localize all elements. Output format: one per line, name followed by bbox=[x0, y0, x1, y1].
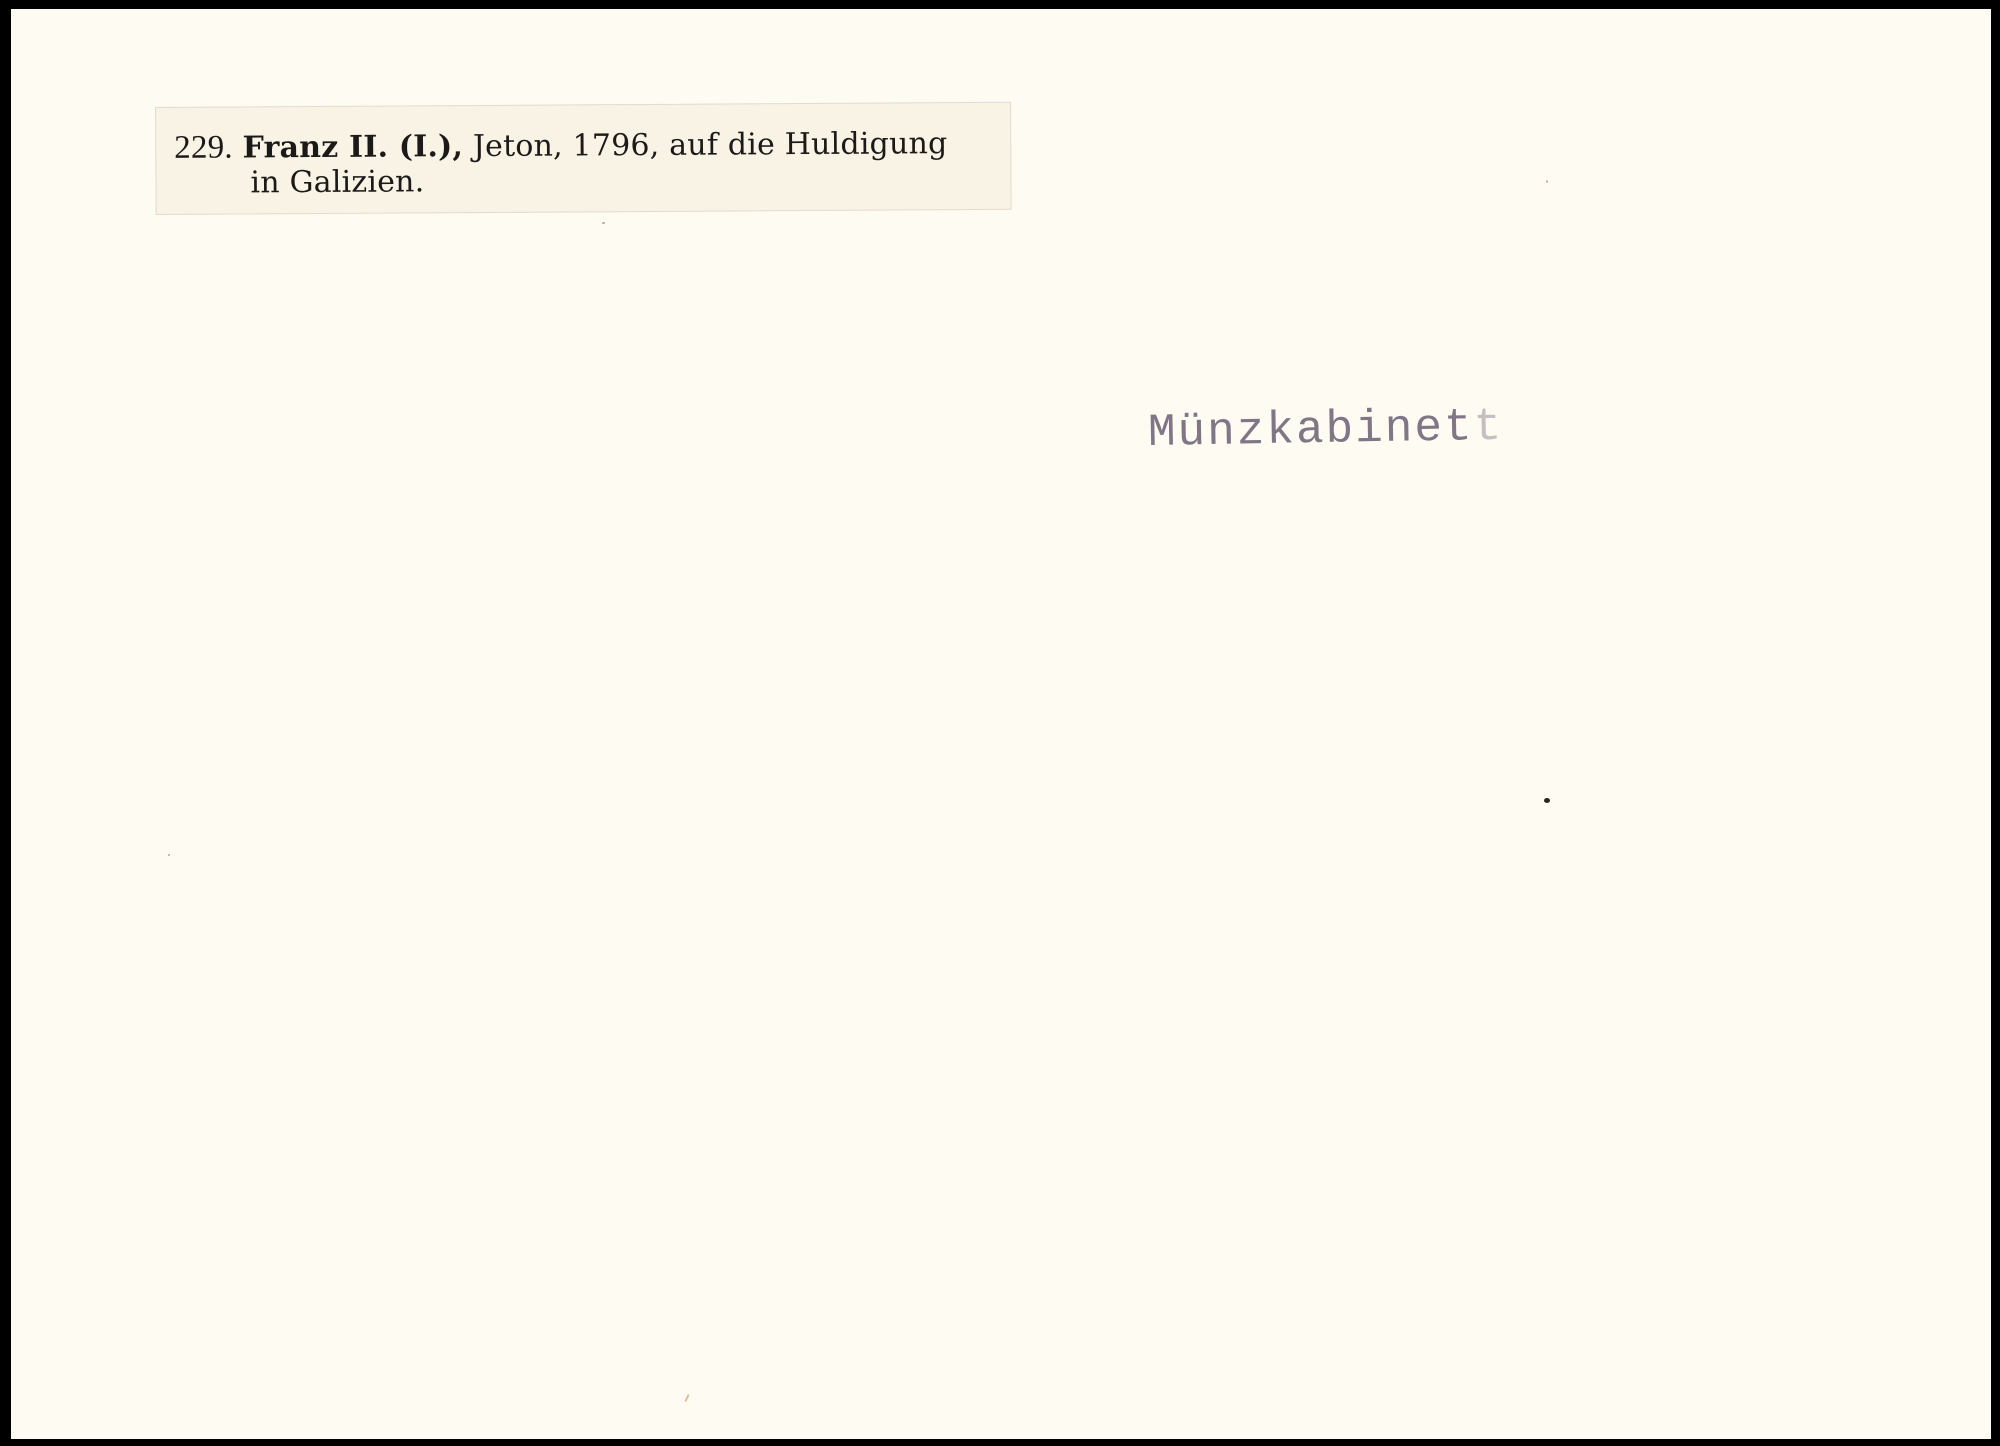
dust-speck bbox=[1546, 180, 1548, 183]
label-title: Franz II. (I.), bbox=[242, 129, 463, 165]
paper-fiber bbox=[684, 1394, 689, 1402]
catalog-number: 229. bbox=[174, 130, 233, 166]
catalog-label: 229. Franz II. (I.), Jeton, 1796, auf di… bbox=[155, 102, 1012, 215]
stamp-text-faded: t bbox=[1473, 401, 1504, 454]
dust-speck bbox=[168, 854, 170, 856]
stamp-text: Münzkabinet bbox=[1148, 401, 1475, 459]
dust-speck bbox=[602, 222, 605, 224]
museum-stamp: Münzkabinett bbox=[1148, 401, 1504, 459]
label-line-2: in Galizien. bbox=[250, 164, 424, 201]
dust-speck bbox=[1544, 798, 1550, 803]
label-line-1: 229. Franz II. (I.), Jeton, 1796, auf di… bbox=[174, 125, 947, 167]
label-description: Jeton, 1796, auf die Huldigung bbox=[473, 126, 948, 164]
archive-card: 229. Franz II. (I.), Jeton, 1796, auf di… bbox=[11, 9, 1991, 1439]
